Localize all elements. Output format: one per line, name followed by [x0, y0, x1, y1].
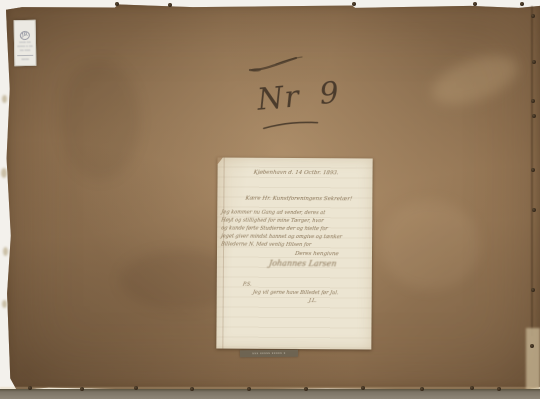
- letter-closing: Deres hengivne: [295, 251, 340, 257]
- nail-head: [80, 387, 84, 391]
- nail-head: [497, 387, 501, 391]
- letter-body-line: Jeg kommer nu Gang ad vender, deres at: [221, 209, 326, 216]
- letter-ps-initials: J.L.: [308, 298, 317, 304]
- edge-chip: [2, 300, 7, 308]
- inventory-label: JR nnm nn nnnn n nn nn nnn nnnn: [14, 20, 37, 66]
- edge-chip: [1, 168, 7, 178]
- nail-head: [190, 387, 194, 391]
- inscription-underline: [261, 114, 332, 132]
- frame-edge-wood: [526, 328, 540, 390]
- letter-signature: Johannes Larsen: [268, 261, 336, 267]
- letter-ps-line: Jeg vil gerne have Billedet før Jul.: [252, 290, 339, 297]
- nail-head: [532, 208, 536, 212]
- nail-head: [420, 387, 424, 391]
- nail-head: [531, 14, 535, 18]
- nail-head: [28, 386, 32, 390]
- photo-back-of-artwork: { "photo": { "description": "Photograph …: [0, 0, 540, 399]
- nail-head: [532, 114, 536, 118]
- nail-head: [473, 2, 477, 6]
- nail-head: [530, 344, 534, 348]
- nail-head: [352, 2, 356, 6]
- nail-head: [134, 386, 138, 390]
- nail-head: [470, 386, 474, 390]
- letter-date-line: Kjøbenhavn d. 14 Octbr. 1893.: [253, 170, 339, 177]
- nail-head: [520, 2, 524, 6]
- nail-head: [168, 3, 172, 7]
- nail-head: [304, 387, 308, 391]
- nail-head: [531, 288, 535, 292]
- letter-body-line: og kunde førte Studierne der og hielte f…: [221, 225, 328, 232]
- handwritten-letter: Kjøbenhavn d. 14 Octbr. 1893. Kære Hr. K…: [216, 157, 372, 349]
- smudge-mark: [246, 50, 306, 76]
- framer-stamp: xxx xxxxx xxxxx x: [240, 350, 298, 358]
- nail-head: [532, 60, 536, 64]
- nail-head: [531, 99, 535, 103]
- inscription-nr-9: Nr9: [256, 73, 370, 138]
- letter-body-line: jeget giver mindst hannet og omgive og t…: [221, 233, 343, 240]
- label-line: nnnn: [15, 57, 35, 61]
- label-line: nn nnn: [15, 48, 35, 52]
- nail-head: [531, 168, 535, 172]
- letter-salutation: Kære Hr. Kunstforeningens Sekretær!: [245, 196, 353, 203]
- edge-chip: [2, 95, 7, 103]
- letter-body-line: Billederne N. Med venlig Hilsen for: [221, 241, 312, 248]
- nail-head: [361, 386, 365, 390]
- inscription-number: 9: [318, 76, 341, 113]
- letter-ps-label: P.S.: [242, 282, 252, 288]
- edge-chip: [3, 247, 8, 256]
- nail-head: [247, 387, 251, 391]
- nail-head: [115, 2, 119, 6]
- letter-body-line: Høyt og stillighed for mine Tærger, hvor: [221, 217, 324, 224]
- inscription-nr: Nr: [256, 79, 301, 118]
